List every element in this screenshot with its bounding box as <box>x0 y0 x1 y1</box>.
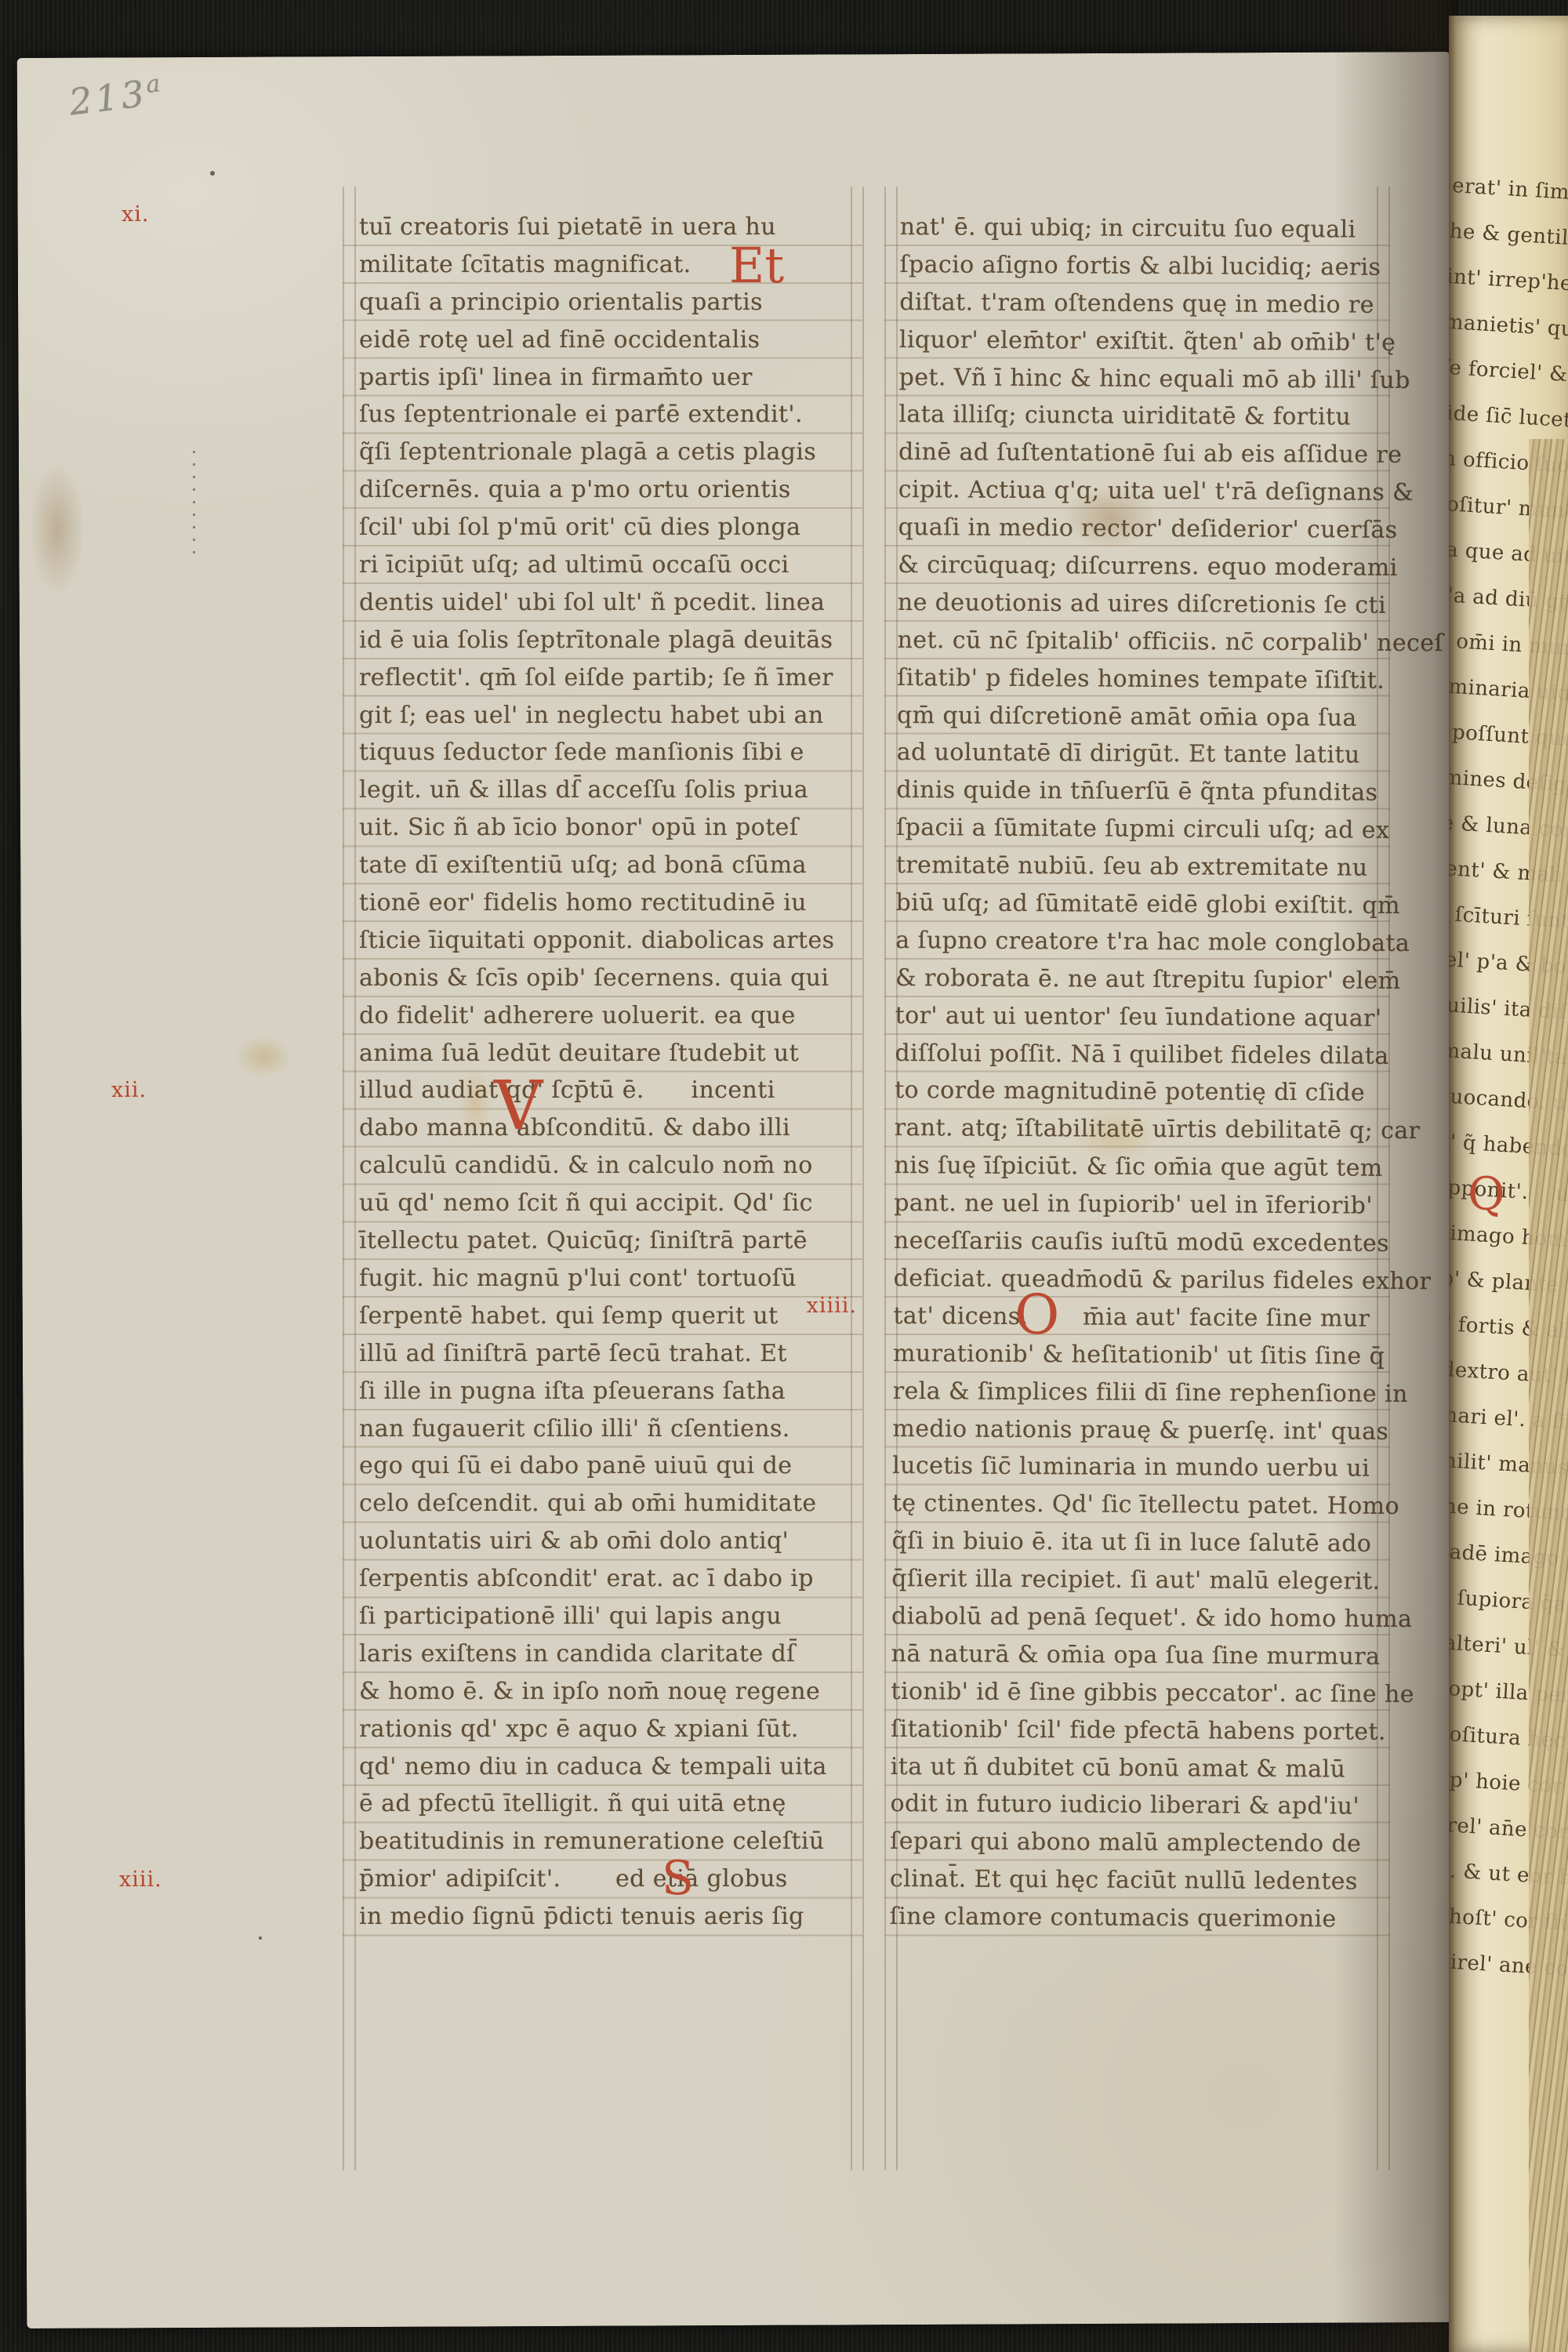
chapter-numeral-xii: xii. <box>111 1078 147 1102</box>
manuscript-line: liquor' elem̄tor' exiſtit. q̃ten' ab om̄… <box>899 321 1401 362</box>
photo-background: 213a xi. xii. xiii. xiiii. xv. tuī creat… <box>0 0 1568 2352</box>
manuscript-line: diſtat. t'ram oſtendens quę in medio re <box>899 284 1401 325</box>
manuscript-line: ē ad pfectū ītelligit. ñ qui uitā etnę <box>359 1785 861 1823</box>
manuscript-line: id ē uia ſolis ſeptrītonale plagā deuitā… <box>359 622 861 659</box>
manuscript-line: diſſolui poſſit. Nā ī quilibet fideles d… <box>895 1035 1396 1076</box>
initial-et: Et <box>729 241 784 290</box>
manuscript-line: ſcil' ubi ſol p'mū orit' cū dies plonga <box>359 509 861 546</box>
manuscript-line: nā naturā & om̄ia opa ſua ſine murmura <box>891 1635 1393 1676</box>
manuscript-line: eidē rotę uel ad finē occidentalis <box>359 321 861 359</box>
manuscript-line: beatitudinis in remuneratione celeſtiū <box>359 1823 861 1860</box>
manuscript-line: biū uſq; ad ſūmitatē eidē globi exiſtit.… <box>895 884 1397 925</box>
manuscript-line: in medio ſignū p̄dicti tenuis aeris ſig <box>359 1898 861 1936</box>
manuscript-line: laris exiſtens in candida claritate dſ̄ <box>359 1635 861 1673</box>
manuscript-line: ne deuotionis ad uires diſcretionis ſe c… <box>898 584 1399 625</box>
text-column-2: nat' ē. qui ubiq; in circuitu ſuo equali… <box>890 209 1402 1939</box>
initial-v: V <box>494 1073 543 1140</box>
manuscript-line: quaſi a principio orientalis partis <box>359 284 861 321</box>
manuscript-line: ita ut ñ dubitet cū bonū amat & malū <box>891 1748 1392 1788</box>
initial-s: S <box>662 1855 694 1902</box>
manuscript-line: tor' aut ui uentor' ſeu īundatione aquar… <box>895 997 1397 1038</box>
manuscript-line: reflectit'. qm̄ ſol eiſde partib; ſe ñ ī… <box>359 659 861 697</box>
prick-marks <box>193 451 195 559</box>
manuscript-line: ego qui ſū ei dabo panē uiuū qui de <box>359 1447 861 1485</box>
manuscript-line: diſcernēs. quia a p'mo ortu orientis <box>359 471 861 509</box>
manuscript-line: ſi participationē illi' qui lapis angu <box>359 1598 861 1635</box>
manuscript-line: ſitatib' p fideles homines tempate īſiſt… <box>897 659 1399 700</box>
manuscript-line: & homo ē. & in ipſo nom̄ nouę regene <box>359 1673 861 1711</box>
manuscript-line: pet. Vñ ī hinc & hinc equali mō ab illi'… <box>899 359 1401 400</box>
manuscript-line: ſticie īiquitati opponit. diabolicas art… <box>359 922 861 960</box>
manuscript-line: p̄mior' adipiſcit'. ed etiā globus <box>359 1860 861 1898</box>
manuscript-line: rationis qd' xpc ē aquo & xpiani ſūt. <box>359 1711 861 1748</box>
chapter-numeral-xi: xi. <box>122 202 149 227</box>
manuscript-line: ſi ille in pugna iſta pſeuerans ſatha <box>359 1373 861 1410</box>
manuscript-line: q̃ſi in biuio ē. ita ut ſi in luce ſalut… <box>891 1523 1393 1563</box>
manuscript-line: calculū candidū. & in calculo nom̄ no <box>359 1147 861 1185</box>
manuscript-line: lata illiſq; ciuncta uiriditatē & fortit… <box>898 396 1400 437</box>
manuscript-line: qd' nemo diu in caduca & tempali uita <box>359 1748 861 1786</box>
manuscript-line: nan fugauerit cſilio illi' ñ cſentiens. <box>359 1410 861 1448</box>
manuscript-line: tat' dicens. m̄ia aut' facite ſine mur <box>893 1298 1395 1338</box>
manuscript-line: deficiat. queadm̄odū & parilus fideles e… <box>894 1260 1396 1301</box>
manuscript-line: ad uoluntatē dī dirigūt. Et tante latitu <box>897 734 1399 775</box>
manuscript-line: ſerpentē habet. qui ſemp querit ut <box>359 1298 861 1335</box>
folio-number-superscript: a <box>144 70 165 99</box>
chapter-numeral-xiii: xiii. <box>119 1867 162 1892</box>
manuscript-line: dentis uidel' ubi ſol ult' ñ pcedit. lin… <box>359 584 861 622</box>
manuscript-line: git ſ; eas uel' in neglectu habet ubi an <box>359 697 861 735</box>
manuscript-line: legit. un̄ & illas dſ̄ acceſſu ſolis pri… <box>359 771 861 809</box>
manuscript-line: ſus ſeptentrionale ei partē extendit'. <box>359 396 861 434</box>
manuscript-line: diabolū ad penā ſequet'. & ido homo huma <box>891 1598 1393 1639</box>
manuscript-line: quaſi in medio rector' deſiderior' cuerſ… <box>898 509 1399 550</box>
manuscript-line: dabo manna abſconditū. & dabo illi <box>359 1109 861 1147</box>
manuscript-line: dinis quide in tn̄ſuerſū ē q̃nta pfundit… <box>896 771 1398 812</box>
manuscript-line: militate ſcītatis magnificat. <box>359 246 861 284</box>
manuscript-line: cipit. Actiua q'q; uita uel' t'rā deſign… <box>898 471 1400 512</box>
manuscript-line: tremitatē nubiū. ſeu ab extremitate nu <box>896 847 1398 887</box>
manuscript-line: tionib' id ē ſine gibbis peccator'. ac ſ… <box>891 1673 1392 1714</box>
manuscript-line: tate dī exiſtentiū uſq; ad bonā cſūma <box>359 847 861 884</box>
manuscript-line: to corde magnitudinē potentię dī cſide <box>895 1072 1396 1112</box>
manuscript-line: fugit. hic magnū p'lui cont' tortuoſū <box>359 1260 861 1298</box>
manuscript-line: anima ſuā ledūt deuitare ſtudebit ut <box>359 1035 861 1073</box>
manuscript-line: tionē eor' fidelis homo rectitudinē iu <box>359 884 861 922</box>
manuscript-line: lucetis ſic̄ luminaria in mundo uerbu ui <box>892 1447 1394 1488</box>
manuscript-line: tuī creatoris ſui pietatē in uera hu <box>359 209 861 246</box>
manuscript-line: net. cū nc̄ ſpitalib' officiis. nc̄ corp… <box>897 622 1399 662</box>
manuscript-line: a ſupno creatore t'ra hac mole conglobat… <box>895 922 1397 963</box>
manuscript-line: nat' ē. qui ubiq; in circuitu ſuo equali <box>900 209 1402 249</box>
manuscript-line: dinē ad ſuſtentationē ſui ab eis aſſidue… <box>898 434 1400 474</box>
manuscript-line: nis ſuę īſpiciūt. & ſic om̄ia que agūt t… <box>894 1147 1396 1188</box>
manuscript-line: ſitationib' ſcil' fide pfectā habens por… <box>891 1711 1392 1751</box>
manuscript-line: illū ad ſiniſtrā partē ſecū trahat. Et <box>359 1335 861 1373</box>
manuscript-line: & roborata ē. ne aut ſtrepitu ſupior' el… <box>895 960 1397 1000</box>
initial-o: O <box>1014 1287 1059 1342</box>
manuscript-line: uit. Sic ñ ab īcio bonor' opū in poteſ <box>359 809 861 847</box>
manuscript-line: ſerpentis abſcondit' erat. ac ī dabo ip <box>359 1560 861 1598</box>
manuscript-line: partis ipſi' linea in firmam̄to uer <box>359 359 861 397</box>
manuscript-line: ſine clamore contumacis querimonie <box>890 1898 1392 1939</box>
manuscript-line: rela & ſimplices filii dī ſine rephenſio… <box>893 1373 1395 1414</box>
manuscript-line: neceſſariis cauſis iuſtū modū excedentes <box>894 1222 1396 1263</box>
manuscript-line: q̄ſierit illa recipiet. ſi aut' malū ele… <box>891 1560 1393 1601</box>
manuscript-line: celo deſcendit. qui ab om̄i humiditate <box>359 1485 861 1523</box>
manuscript-line: do fidelit' adherere uoluerit. ea que <box>359 997 861 1035</box>
manuscript-line: rant. atq; īſtabilitatē uīrtis debilitat… <box>895 1109 1396 1150</box>
text-column-1: tuī creatoris ſui pietatē in uera humili… <box>359 209 861 1936</box>
initial-q: Q <box>1468 1171 1505 1217</box>
manuscript-line: & circūquaq; diſcurrens. equo moderami <box>898 546 1399 587</box>
manuscript-line: odit in futuro iudicio liberari & apd'iu… <box>890 1785 1392 1826</box>
manuscript-line: tiquus ſeductor ſede manſionis ſibi e <box>359 734 861 771</box>
manuscript-line: pant. ne uel in ſupiorib' uel in īferior… <box>894 1185 1396 1225</box>
manuscript-line: murationib' & heſitationib' ut ſitis ſin… <box>893 1335 1395 1376</box>
manuscript-line: ſepari qui abono malū amplectendo de <box>890 1823 1392 1864</box>
manuscript-line: illud audiat qd' ſcp̄tū ē. incenti <box>359 1072 861 1109</box>
manuscript-line: ītellectu patet. Quicūq; ſiniſtrā partē <box>359 1222 861 1260</box>
manuscript-line: abonis & ſcīs opib' ſecernens. quia qui <box>359 960 861 997</box>
manuscript-line: uoluntatis uiri & ab om̄i dolo antiq' <box>359 1523 861 1560</box>
manuscript-line: medio nationis prauę & puerſę. int' quas <box>892 1410 1394 1450</box>
manuscript-line: qm̄ qui diſcretionē amāt om̄ia opa ſua <box>897 697 1399 738</box>
manuscript-line: uū qd' nemo ſcit ñ qui accipit. Qd' ſic <box>359 1185 861 1222</box>
manuscript-line: q̃ſi ſeptentrionale plagā a cetis plagis <box>359 434 861 471</box>
page-edge-stack <box>1529 439 1568 2352</box>
manuscript-line: tę ctinentes. Qd' ſic ītellectu patet. H… <box>892 1485 1394 1526</box>
manuscript-line: ri īcipiūt uſq; ad ultimū occaſū occi <box>359 546 861 584</box>
manuscript-line: ſpacio aſigno fortis & albi lucidiq; aer… <box>899 246 1401 287</box>
manuscript-line: ſpacii a ſūmitate ſupmi circuli uſq; ad … <box>896 809 1398 850</box>
manuscript-line: clinat̄. Et qui hęc faciūt nullū ledente… <box>890 1860 1392 1901</box>
